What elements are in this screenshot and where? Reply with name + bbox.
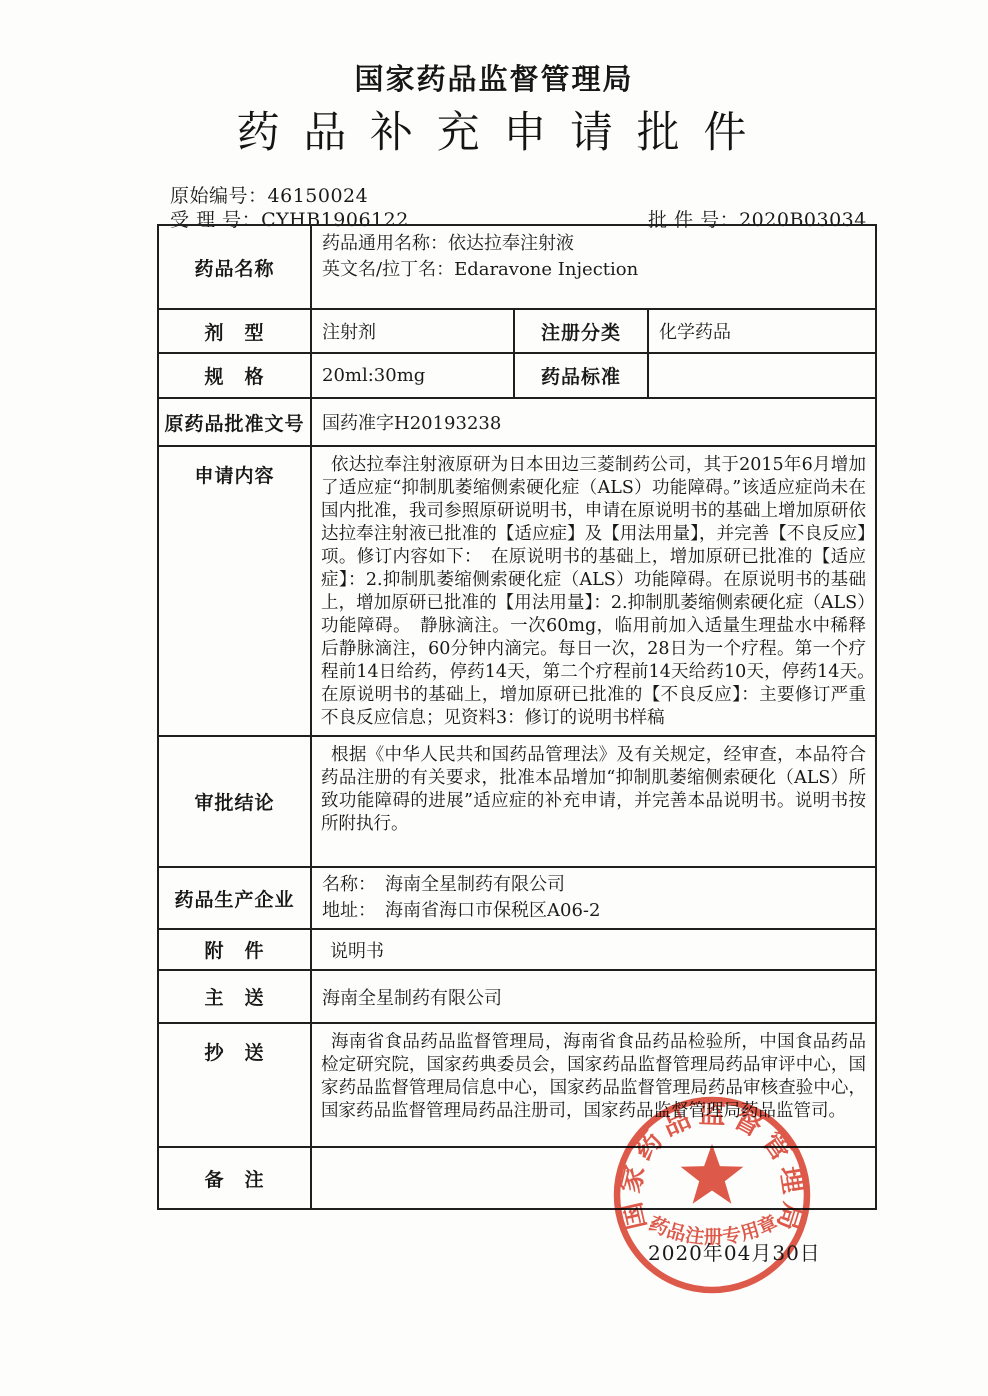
dosage-form-label: 剂 型 (158, 309, 311, 353)
manufacturer-name-line: 名称： 海南全星制药有限公司 (322, 872, 869, 898)
row-specification: 规 格 20ml:30mg 药品标准 (158, 353, 876, 398)
manufacturer-value: 名称： 海南全星制药有限公司 地址： 海南省海口市保税区A06-2 (311, 867, 876, 929)
specification-value: 20ml:30mg (311, 353, 514, 398)
registration-class-label: 注册分类 (514, 309, 648, 353)
document-page: { "header": { "authority": "国家药品监督管理局", … (0, 0, 988, 1396)
approval-conclusion-value: 根据《中华人民共和国药品管理法》及有关规定，经审查，本品符合药品注册的有关要求，… (311, 736, 876, 867)
approval-conclusion-label: 审批结论 (158, 736, 311, 867)
drug-standard-label: 药品标准 (514, 353, 648, 398)
row-original-license: 原药品批准文号 国药准字H20193238 (158, 398, 876, 446)
attachment-value: 说明书 (311, 929, 876, 970)
drug-generic-name: 药品通用名称：依达拉奉注射液 (322, 231, 869, 257)
row-manufacturer: 药品生产企业 名称： 海南全星制药有限公司 地址： 海南省海口市保税区A06-2 (158, 867, 876, 929)
approval-table: 药品名称 药品通用名称：依达拉奉注射液 英文名/拉丁名：Edaravone In… (157, 224, 877, 1210)
specification-label: 规 格 (158, 353, 311, 398)
document-title: 药 品 补 充 申 请 批 件 (0, 99, 988, 160)
row-attachment: 附 件 说明书 (158, 929, 876, 970)
application-content-label: 申请内容 (158, 446, 311, 736)
official-seal-stamp: 国家药品监督管理局 药品注册专用章 (610, 1093, 814, 1297)
original-number: 原始编号：46150024 (170, 181, 368, 208)
dosage-form-value: 注射剂 (311, 309, 514, 353)
drug-standard-value (648, 353, 876, 398)
approval-date: 2020年04月30日 (648, 1237, 821, 1266)
row-approval-conclusion: 审批结论 根据《中华人民共和国药品管理法》及有关规定，经审查，本品符合药品注册的… (158, 736, 876, 867)
original-license-value: 国药准字H20193238 (311, 398, 876, 446)
manufacturer-address-line: 地址： 海南省海口市保税区A06-2 (322, 898, 869, 924)
row-main-recipient: 主 送 海南全星制药有限公司 (158, 970, 876, 1023)
main-recipient-label: 主 送 (158, 970, 311, 1023)
cc-label: 抄 送 (158, 1023, 311, 1147)
application-content-value: 依达拉奉注射液原研为日本田边三菱制药公司，其于2015年6月增加了适应症“抑制肌… (311, 446, 876, 736)
remarks-label: 备 注 (158, 1147, 311, 1209)
attachment-label: 附 件 (158, 929, 311, 970)
drug-name-label: 药品名称 (158, 225, 311, 309)
registration-class-value: 化学药品 (648, 309, 876, 353)
main-recipient-value: 海南全星制药有限公司 (311, 970, 876, 1023)
row-application-content: 申请内容 依达拉奉注射液原研为日本田边三菱制药公司，其于2015年6月增加了适应… (158, 446, 876, 736)
row-drug-name: 药品名称 药品通用名称：依达拉奉注射液 英文名/拉丁名：Edaravone In… (158, 225, 876, 309)
authority-name: 国家药品监督管理局 (0, 57, 988, 98)
manufacturer-label: 药品生产企业 (158, 867, 311, 929)
star-icon (681, 1144, 744, 1204)
drug-english-name: 英文名/拉丁名：Edaravone Injection (322, 257, 869, 283)
original-license-label: 原药品批准文号 (158, 398, 311, 446)
original-number-value: 46150024 (268, 185, 369, 207)
drug-name-value: 药品通用名称：依达拉奉注射液 英文名/拉丁名：Edaravone Injecti… (311, 225, 876, 309)
original-number-label: 原始编号： (170, 185, 268, 207)
row-dosage-form: 剂 型 注射剂 注册分类 化学药品 (158, 309, 876, 353)
